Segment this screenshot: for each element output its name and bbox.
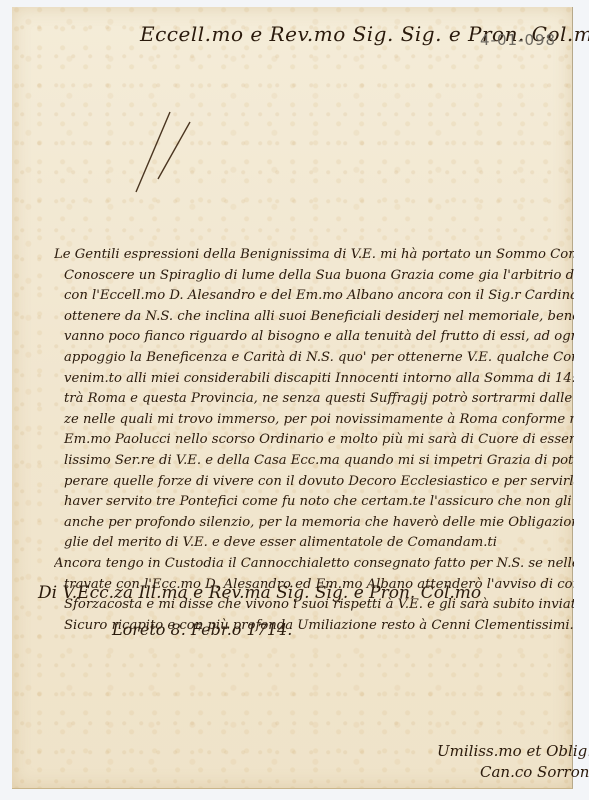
- body-line: glie del merito di V.E. e deve esser ali…: [54, 533, 574, 554]
- body-line: lissimo Ser.re di V.E. e della Casa Ecc.…: [54, 451, 574, 472]
- closing-formula: Di V.Ecc.za Ill.ma e Rev.ma Sig. Sig. e …: [38, 585, 481, 602]
- manuscript-page: Eccell.mo e Rev.mo Sig. Sig. e Pron. Col…: [12, 7, 573, 789]
- body-line: vanno poco fianco riguardo al bisogno e …: [54, 327, 574, 348]
- archive-code: 4-01-098: [480, 31, 556, 49]
- body-line: Le Gentili espressioni della Benignissim…: [54, 245, 574, 266]
- pen-strokes-mark: [130, 107, 210, 197]
- body-line: Ancora tengo in Custodia il Cannocchiale…: [54, 554, 574, 575]
- body-line: Conoscere un Spiraglio di lume della Sua…: [54, 266, 574, 287]
- body-line: perare quelle forze di vivere con il dov…: [54, 472, 574, 493]
- body-line: appoggio la Beneficenza e Carità di N.S.…: [54, 348, 574, 369]
- letter-body: Le Gentili espressioni della Benignissim…: [54, 245, 574, 636]
- body-line: haver servito tre Pontefici come fu noto…: [54, 492, 574, 513]
- signature-line-1: Umiliss.mo et Oblig.mo Ser.re Ossequ.mo: [437, 744, 589, 759]
- body-line: con l'Eccell.mo D. Alesandro e del Em.mo…: [54, 286, 574, 307]
- body-line: venim.to alli miei considerabili discapi…: [54, 369, 574, 390]
- body-line: ze nelle quali mi trovo immerso, per poi…: [54, 410, 574, 431]
- body-line: ottenere da N.S. che inclina alli suoi B…: [54, 307, 574, 328]
- date-line: Loreto 8. Febr.o 1714.: [112, 622, 292, 638]
- signature-name: Can.co Sorroni: [480, 765, 589, 780]
- body-line: Em.mo Paolucci nello scorso Ordinario e …: [54, 430, 574, 451]
- body-line: trà Roma e questa Provincia, ne senza qu…: [54, 389, 574, 410]
- body-line: anche per profondo silenzio, per la memo…: [54, 513, 574, 534]
